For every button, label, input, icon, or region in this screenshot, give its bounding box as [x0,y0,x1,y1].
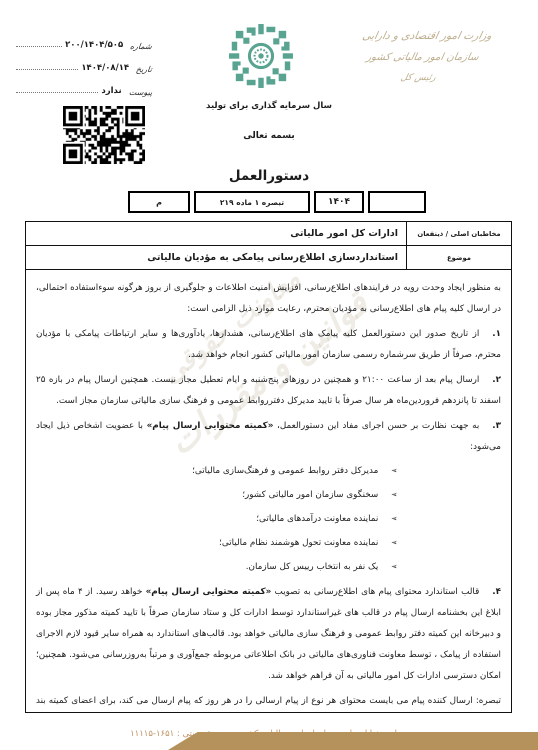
ministry-line: وزارت امور اقتصادی و دارایی [327,26,526,47]
item-2-text: ارسال پیام بعد از ساعت ۲۱:۰۰ و همچنین در… [36,375,501,406]
director-general-line: رئیس کل [318,68,517,89]
committee-member-item: ➢نماینده معاونت درآمدهای مالیاتی؛ [36,508,398,530]
intro-paragraph: به منظور ایجاد وحدت رویه در فرایندهای اط… [36,278,501,320]
committee-member-text: نماینده معاونت تحول هوشمند نظام مالیاتی؛ [219,538,378,548]
item-3: ۳.به جهت نظارت بر حسن اجرای مفاد این دست… [36,416,501,458]
document-page: وزارت امور اقتصادی و دارایی سازمان امور … [0,0,538,750]
item-3-number: ۳. [492,421,501,431]
arrow-bullet-icon: ➢ [391,484,398,505]
letter-meta-block: شماره ۲۰۰/۱۴۰۴/۵۰۵ تاریخ ۱۴۰۴/۰۸/۱۴ پیوس… [16,28,152,97]
subject-row: موضوع استانداردسازی اطلاع‌رسانی پیامکی ب… [26,246,511,270]
item-1-number: ۱. [492,329,501,339]
besmele-text: بسمه تعالی [0,131,538,141]
committee-member-text: نماینده معاونت درآمدهای مالیاتی؛ [256,514,378,524]
year-slogan: سال سرمایه گذاری برای تولید [169,101,369,111]
item-4-text-post: خواهد رسید. از ۴ ماه پس از ابلاغ این بخش… [36,587,501,681]
audience-row: مخاطبان اصلی / ذینفعان ادارات کل امور ما… [26,222,511,246]
document-type-title: دستورالعمل [0,168,538,184]
date-label: تاریخ [135,65,152,74]
arrow-bullet-icon: ➢ [391,556,398,577]
committee-member-item: ➢مدیرکل دفتر روابط عمومی و فرهنگ‌سازی ما… [36,460,398,482]
class-cell-clause: تبصره ۱ ماده ۲۱۹ [194,191,310,213]
dotted-leader [16,68,78,70]
committee-member-item: ➢نماینده معاونت تحول هوشمند نظام مالیاتی… [36,532,398,554]
directive-body-box: مخاطبان اصلی / ذینفعان ادارات کل امور ما… [25,221,512,713]
bottom-decorative-band [168,732,538,750]
dotted-leader [16,91,98,93]
committee-member-text: یک نفر به انتخاب رییس کل سازمان. [246,562,379,572]
item-2: ۲.ارسال پیام بعد از ساعت ۲۱:۰۰ و همچنین … [36,370,501,412]
arrow-bullet-icon: ➢ [391,508,398,529]
class-cell-empty [368,191,426,213]
committee-member-text: سخنگوی سازمان امور مالیاتی کشور؛ [242,490,378,500]
committee-name-bold: «کمیته محتوایی ارسال پیام» [147,421,274,431]
subject-label: موضوع [406,246,511,269]
committee-name-bold: «کمیته محتوایی ارسال پیام» [146,587,272,597]
note-paragraph: تبصره: ارسال کننده پیام می بایست محتوای … [36,691,501,714]
ministry-letterhead: وزارت امور اقتصادی و دارایی سازمان امور … [318,26,526,89]
letter-date-row: تاریخ ۱۴۰۴/۰۸/۱۴ [16,51,152,74]
audience-label: مخاطبان اصلی / ذینفعان [406,222,511,245]
arrow-bullet-icon: ➢ [391,460,398,481]
item-1: ۱.از تاریخ صدور این دستورالعمل کلیه پیام… [36,324,501,366]
committee-member-text: مدیرکل دفتر روابط عمومی و فرهنگ‌سازی مال… [192,466,378,476]
arrow-bullet-icon: ➢ [391,532,398,553]
letter-number-row: شماره ۲۰۰/۱۴۰۴/۵۰۵ [16,28,152,51]
class-cell-year: ۱۴۰۴ [314,191,364,213]
item-4: ۴.قالب استاندارد محتوای پیام های اطلاع‌ر… [36,582,501,687]
letter-attachment-row: پیوست ندارد [16,74,152,97]
subject-value: استانداردسازی اطلاع‌رسانی پیامکی به مؤدی… [26,246,406,269]
number-value: ۲۰۰/۱۴۰۴/۵۰۵ [62,40,126,51]
item-3-text-pre: به جهت نظارت بر حسن اجرای مفاد این دستور… [273,421,479,431]
item-2-number: ۲. [492,375,501,385]
date-value: ۱۴۰۴/۰۸/۱۴ [78,63,132,74]
item-1-text: از تاریخ صدور این دستورالعمل کلیه پیامک … [36,329,501,360]
committee-member-item: ➢یک نفر به انتخاب رییس کل سازمان. [36,556,398,578]
item-4-number: ۴. [492,587,501,597]
dotted-leader [16,45,62,47]
item-4-text-pre: قالب استاندارد محتوای پیام های اطلاع‌رسا… [271,587,479,597]
attachment-label: پیوست [128,88,153,97]
organization-line: سازمان امور مالیاتی کشور [323,47,522,68]
number-label: شماره [130,42,153,51]
tax-administration-logo-icon [227,22,295,90]
classification-strip: م تبصره ۱ ماده ۲۱۹ ۱۴۰۴ [128,191,426,213]
attachment-value: ندارد [98,86,124,97]
audience-value: ادارات کل امور مالیاتی [26,222,406,245]
committee-member-item: ➢سخنگوی سازمان امور مالیاتی کشور؛ [36,484,398,506]
class-cell-m: م [128,191,190,213]
directive-text: به منظور ایجاد وحدت رویه در فرایندهای اط… [26,270,511,714]
